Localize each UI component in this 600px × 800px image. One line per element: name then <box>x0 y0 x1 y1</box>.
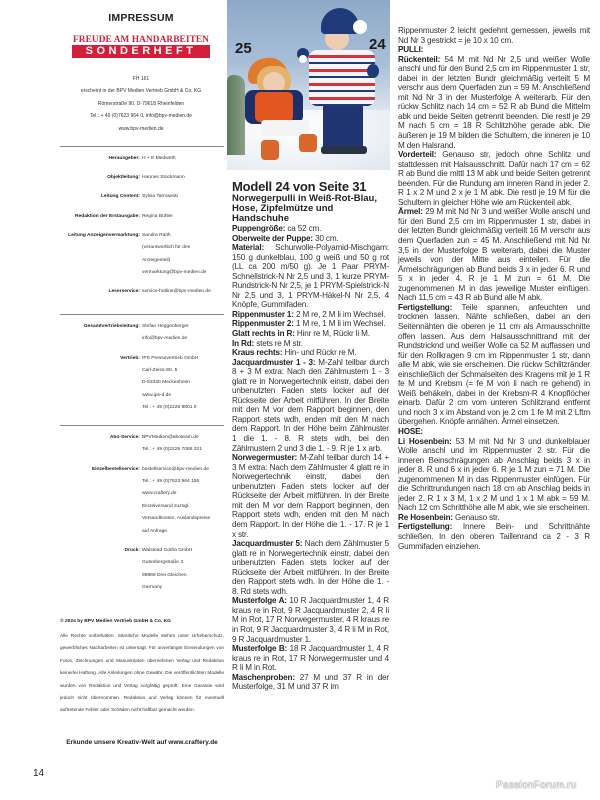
entry-value: H + E Medweth <box>142 153 226 165</box>
brand-logo-top: FREUDE AM HANDARBEITEN <box>72 35 210 45</box>
instruction-paragraph: Rippenmuster 2: 1 M re, 1 M li im Wechse… <box>232 319 389 329</box>
entry-link[interactable]: vermarktung@bpv-medien.de <box>142 267 226 279</box>
entry-label: Druck: <box>125 545 141 557</box>
instruction-label: Kraus rechts: <box>232 348 282 357</box>
entry-link[interactable]: info@bpv-medien.de <box>142 333 226 345</box>
doll25-boot <box>299 134 317 152</box>
instruction-paragraph: Rückenteil: 54 M mit Nd Nr 2,5 und weiße… <box>398 55 590 150</box>
tree-shape <box>227 75 245 155</box>
instruction-text: 29 M mit Nd Nr 3 und weißer Wolle anschl… <box>398 207 590 302</box>
instruction-paragraph: Vorderteil: Genauso str, jedoch ohne Sch… <box>398 150 590 207</box>
instruction-text: 54 M mit Nd Nr 2,5 und weißer Wolle ansc… <box>398 55 590 150</box>
entry-value: Walstead Gotha GmbH <box>142 545 226 557</box>
entry-value: Sylvia Tarnowski <box>142 191 226 203</box>
entry-link[interactable]: bestellservice@bpv-medien.de <box>142 464 226 476</box>
instruction-text: 30 cm. <box>313 234 339 243</box>
entry-value: (verantwortlich für den <box>142 242 226 254</box>
entry-label: Leitung Content: <box>101 191 140 203</box>
instruction-text: 1 M re, 1 M li im Wechsel. <box>294 319 386 328</box>
doll25-vest <box>255 92 293 122</box>
section-heading: HOSE: <box>398 427 590 437</box>
instruction-label: Jacquardmuster 5: <box>232 539 302 548</box>
watermark: PassionForum.ru <box>496 780 577 791</box>
instruction-label: PULLI: <box>398 45 423 54</box>
entry-value: IPS Pressevertrieb GmbH <box>142 353 226 365</box>
entry-value: Tel.: + 49 (0)7623 964 155 <box>142 476 226 488</box>
doll24-pants <box>323 104 363 150</box>
instruction-paragraph: Jacquardmuster 5: Nach dem Zählmuster 5 … <box>232 539 389 596</box>
entry-value: 99869 Drei Gleichen <box>142 570 226 582</box>
entry-value: Stefan Heggenberger <box>142 321 226 333</box>
entry-value: Einzelversand zuzügl. <box>142 501 226 513</box>
brand-logo-bar: SONDERHEFT <box>72 45 210 58</box>
entry-value: Carl-Zeiss-Str. 5 <box>142 365 226 377</box>
instruction-paragraph: In Rd: stets re M str. <box>232 339 389 349</box>
copyright: © 2024 by BPV Medien Vertrieb GmbH & Co.… <box>60 619 224 624</box>
instruction-paragraph: Li Hosenbein: 53 M mit Nd Nr 3 und dunke… <box>398 437 590 513</box>
entry-value: auf Anfrage. <box>142 526 226 538</box>
instruction-label: Ärmel: <box>398 207 423 216</box>
entry-label: Herausgeber: <box>108 153 140 165</box>
entry-value: Sandra Raith <box>142 230 226 242</box>
instruction-label: Glatt rechts in R: <box>232 329 295 338</box>
doll-photo: 25 24 <box>227 0 390 170</box>
instruction-paragraph: Ärmel: 29 M mit Nd Nr 3 und weißer Wolle… <box>398 207 590 302</box>
entry-value: Hannes Stockmann <box>142 172 226 184</box>
instruction-label: Puppengröße: <box>232 224 285 233</box>
entry-label: Leitung Anzeigenvermarktung: <box>68 230 140 242</box>
instruction-label: Fertigstellung: <box>398 303 452 312</box>
entry-value: D-53340 Meckenheim <box>142 377 226 389</box>
legal-notice: Alle Rechte vorbehalten. Sämtliche Model… <box>60 631 224 718</box>
pattern-column-middle: Modell 24 von Seite 31 Norwegerpulli in … <box>232 181 389 692</box>
instruction-label: Rückenteil: <box>398 55 440 64</box>
instruction-paragraph: Material: Schurwolle-Polyamid-Mischgarn:… <box>232 243 389 310</box>
entry-link[interactable]: www.ips-d.de <box>142 390 226 402</box>
pattern-subtitle: Norwegerpulli in Weiß-Rot-Blau, Hose, Zi… <box>232 194 389 224</box>
instruction-text: Teile spannen, anfeuchten und trocknen l… <box>398 303 590 427</box>
instruction-text: M-Zahl teilbar durch 14 + 3 M extra: Nac… <box>232 453 389 538</box>
instruction-paragraph: Glatt rechts in R: Hinr re M, Rückr li M… <box>232 329 389 339</box>
entry-value: Gutenbergstraße 3 <box>142 557 226 569</box>
instruction-text: Schurwolle-Polyamid-Mischgarn: 150 g dun… <box>232 243 389 309</box>
entry-link[interactable]: BPVMedien@aboteam.de <box>142 432 226 444</box>
instruction-paragraph: Fertigstellung: Innere Bein- und Schritt… <box>398 522 590 551</box>
entry-value: Regina Bühler <box>142 211 226 223</box>
divider <box>60 425 224 426</box>
publisher-info: FH 161 erscheint in der BPV Medien Vertr… <box>58 73 224 135</box>
entry-label: Einzelbestellservice: <box>92 464 140 476</box>
instruction-paragraph: Maschenproben: 27 M und 37 R in der Must… <box>232 673 389 692</box>
publisher-line: erscheint in der BPV Medien Vertrieb Gmb… <box>58 85 224 97</box>
entry-label: Abo-Service: <box>110 432 140 444</box>
entry-label: Redaktion der Erstausgabe: <box>75 211 140 223</box>
instruction-label: Oberweite der Puppe: <box>232 234 313 243</box>
doll24-mitten <box>367 64 379 78</box>
instruction-paragraph: Musterfolge B: 18 R Jacquardmuster 1, 4 … <box>232 644 389 673</box>
pattern-column-right: Rippenmuster 2 leicht gedehnt gemessen, … <box>398 26 590 551</box>
entry-label: Vertrieb: <box>120 353 140 365</box>
instruction-label: Jacquardmuster 1 - 3: <box>232 358 315 367</box>
snowball <box>299 55 307 63</box>
entry-label: Objektleitung: <box>107 172 140 184</box>
entry-link[interactable]: www.craftery.de <box>142 488 226 500</box>
instruction-label: Vorderteil: <box>398 150 436 159</box>
instruction-text: stets re M str. <box>254 339 303 348</box>
instruction-label: Musterfolge A: <box>232 596 287 605</box>
section-heading: PULLI: <box>398 45 590 55</box>
instruction-label: Li Hosenbein: <box>398 437 452 446</box>
entry-link[interactable]: service-hotline@bpv-medien.de <box>142 286 226 298</box>
instruction-label: In Rd: <box>232 339 254 348</box>
instruction-paragraph: Musterfolge A: 10 R Jacquardmuster 1, 4 … <box>232 596 389 644</box>
divider <box>60 146 224 147</box>
instruction-text: Hinr re M, Rückr li M. <box>295 329 370 338</box>
instruction-text: Rippenmuster 2 leicht gedehnt gemessen, … <box>398 26 590 45</box>
entry-value: Tel.: + 49 (0)2225 7085 321 <box>142 444 226 456</box>
craftery-promo[interactable]: Erkunde unsere Kreativ-Welt auf www.craf… <box>60 739 224 746</box>
instruction-paragraph: Puppengröße: ca 52 cm. <box>232 224 389 234</box>
instruction-label: Fertigstellung: <box>398 522 452 531</box>
instruction-label: HOSE: <box>398 427 423 436</box>
impressum-title: IMPRESSUM <box>58 12 224 24</box>
instruction-label: Re Hosenbein: <box>398 513 453 522</box>
instruction-text: Genauso str. <box>453 513 499 522</box>
instruction-text: 53 M mit Nd Nr 3 und dunkelblauer Wolle … <box>398 437 590 513</box>
address-line: Römerstraße 90, D-79618 Rheinfelden <box>58 98 224 110</box>
instruction-label: Norwegermuster: <box>232 453 297 462</box>
instruction-text: ca 52 cm. <box>285 224 321 233</box>
model-label-25: 25 <box>235 40 252 57</box>
instruction-paragraph: Kraus rechts: Hin- und Rückr re M. <box>232 348 389 358</box>
entry-value: Tel.: + 49 (0)2225 8801 0 <box>142 402 226 414</box>
instruction-paragraph: Oberweite der Puppe: 30 cm. <box>232 234 389 244</box>
entry-label: Gesamtvertriebsleitung: <box>84 321 140 333</box>
entry-label: Leserservice: <box>108 286 140 298</box>
instruction-paragraph: Fertigstellung: Teile spannen, anfeuchte… <box>398 303 590 427</box>
entry-value: Versandkosten, Auslandspreise <box>142 513 226 525</box>
doll24-sweater <box>309 50 375 106</box>
page-number: 14 <box>33 768 44 779</box>
instruction-paragraph: Rippenmuster 1: 2 M re, 2 M li im Wechse… <box>232 310 389 320</box>
doll25-boot <box>261 140 279 160</box>
model-label-24: 24 <box>369 36 386 53</box>
divider <box>60 314 224 315</box>
instruction-paragraph: Norwegermuster: M-Zahl teilbar durch 14 … <box>232 453 389 539</box>
instruction-label: Material: <box>232 243 264 252</box>
instruction-paragraph: Jacquardmuster 1 - 3: M-Zahl teilbar dur… <box>232 358 389 453</box>
issue-code: FH 161 <box>58 73 224 85</box>
instruction-text: Hin- und Rückr re M. <box>282 348 356 357</box>
doll24-shoes <box>321 146 367 154</box>
instruction-paragraph: Rippenmuster 2 leicht gedehnt gemessen, … <box>398 26 590 45</box>
instruction-label: Maschenproben: <box>232 673 295 682</box>
pattern-title: Modell 24 von Seite 31 <box>232 181 389 193</box>
instruction-paragraph: Re Hosenbein: Genauso str. <box>398 513 590 523</box>
doll24-pompom <box>353 20 367 34</box>
instruction-label: Musterfolge B: <box>232 644 287 653</box>
instruction-text: 2 M re, 2 M li im Wechsel. <box>294 310 386 319</box>
instruction-label: Rippenmuster 1: <box>232 310 294 319</box>
pattern-instructions-continued: Rippenmuster 2 leicht gedehnt gemessen, … <box>398 26 590 551</box>
contact-line: Tel.: + 49 (0)7623 964 0, info@bpv-medie… <box>58 110 224 122</box>
pattern-instructions: Puppengröße: ca 52 cm.Oberweite der Pupp… <box>232 224 389 692</box>
entry-value: Germany <box>142 582 226 594</box>
website-link[interactable]: www.bpv-medien.de <box>58 123 224 135</box>
instruction-label: Rippenmuster 2: <box>232 319 294 328</box>
entry-value: Anzeigenteil) <box>142 255 226 267</box>
instruction-text: M-Zahl teilbar durch 8 + 3 M extra: Nach… <box>232 358 389 453</box>
